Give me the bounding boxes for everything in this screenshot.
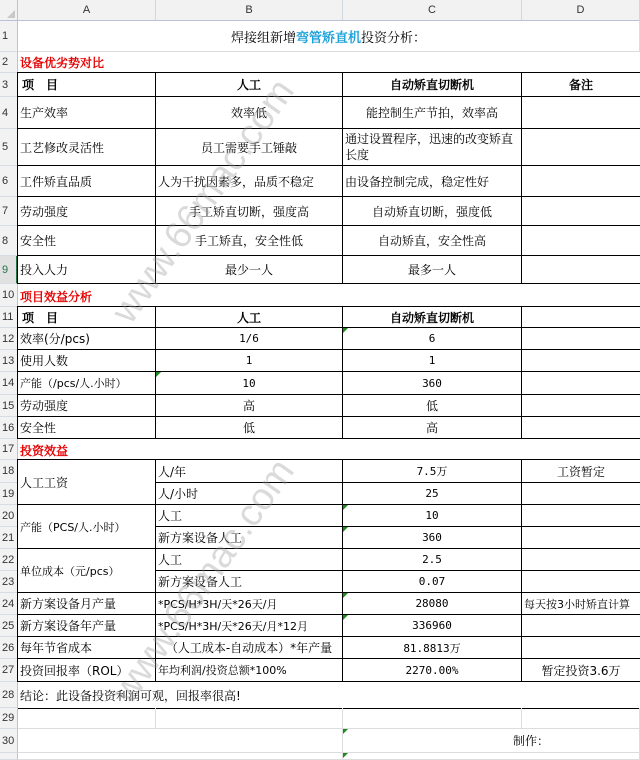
spreadsheet: A B C D 1 2 3 4 5 6 7 8 9 10 11 12 13 14… — [0, 0, 640, 760]
row-header[interactable]: 6 — [0, 166, 18, 197]
table-cell[interactable] — [521, 526, 640, 549]
row-header[interactable]: 18 — [0, 460, 18, 483]
table-cell[interactable]: 高 — [155, 394, 343, 417]
section-heading-benefit[interactable]: 项目效益分析 — [18, 285, 640, 307]
table-cell[interactable] — [521, 128, 640, 166]
table-cell[interactable]: 生产效率 — [17, 96, 156, 129]
table-cell[interactable]: 360 — [342, 526, 522, 549]
row-header[interactable]: 23 — [0, 571, 18, 593]
table-cell[interactable]: 安全性 — [17, 225, 156, 256]
table-cell[interactable]: 81.8813万 — [342, 636, 522, 659]
row-header[interactable]: 10 — [0, 284, 18, 307]
table-cell[interactable]: 暂定投资3.6万 — [521, 658, 640, 682]
table-cell[interactable]: 人工 — [155, 504, 343, 527]
table-cell[interactable]: 新方案设备人工 — [155, 570, 343, 593]
table-cell[interactable]: 低 — [155, 416, 343, 439]
row-header[interactable]: 5 — [0, 129, 18, 166]
row-header[interactable]: 20 — [0, 505, 18, 527]
table-cell[interactable]: 安全性 — [17, 416, 156, 439]
table-cell[interactable] — [521, 306, 640, 328]
table-cell[interactable] — [521, 255, 640, 284]
table-cell[interactable]: 最多一人 — [342, 255, 522, 284]
table-cell[interactable]: 年均利润/投资总额*100% — [155, 658, 343, 682]
row-header[interactable]: 13 — [0, 350, 18, 372]
table-cell[interactable] — [521, 482, 640, 505]
header-item[interactable]: 项 目 — [17, 72, 156, 97]
table-cell[interactable]: 高 — [342, 416, 522, 439]
table-cell[interactable]: 自动矫直，安全性高 — [342, 225, 522, 256]
section-heading-comparison[interactable]: 设备优劣势对比 — [18, 52, 640, 73]
row-header[interactable] — [0, 753, 18, 760]
table-cell[interactable]: 336960 — [342, 614, 522, 637]
table-cell[interactable]: 自动矫直切断，强度低 — [342, 196, 522, 226]
table-cell[interactable] — [521, 349, 640, 372]
sheet-title[interactable]: 焊接组新增弯管矫直机投资分析： — [18, 21, 640, 52]
row-header[interactable]: 8 — [0, 226, 18, 256]
row-header[interactable]: 4 — [0, 97, 18, 129]
row-header-selected[interactable]: 9 — [0, 256, 18, 284]
table-cell[interactable]: 360 — [342, 371, 522, 395]
row-header[interactable]: 2 — [0, 52, 18, 73]
table-cell[interactable]: 劳动强度 — [17, 394, 156, 417]
table-cell[interactable]: 新方案设备人工 — [155, 526, 343, 549]
table-cell[interactable]: 工件矫直品质 — [17, 165, 156, 197]
table-cell[interactable]: 人/年 — [155, 459, 343, 483]
column-header-a[interactable]: A — [18, 0, 156, 21]
empty-cell[interactable] — [343, 753, 640, 760]
table-cell[interactable] — [521, 636, 640, 659]
table-cell[interactable]: 人工 — [155, 548, 343, 571]
empty-cell[interactable] — [18, 729, 343, 753]
empty-cell[interactable] — [156, 708, 343, 729]
title-suffix: 投资分析： — [361, 27, 426, 46]
row-header[interactable]: 1 — [0, 21, 18, 52]
table-cell[interactable]: 人为干扰因素多，品质不稳定 — [155, 165, 343, 197]
table-cell[interactable]: 手工矫直切断，强度高 — [155, 196, 343, 226]
table-cell[interactable]: 7.5万 — [342, 459, 522, 483]
column-header-d[interactable]: D — [522, 0, 640, 21]
table-cell[interactable]: 新方案设备月产量 — [17, 592, 156, 615]
table-cell-merged[interactable]: 产能（PCS/人.小时） — [17, 504, 156, 549]
table-cell[interactable]: 1 — [342, 349, 522, 372]
row-header[interactable]: 16 — [0, 417, 18, 439]
table-cell-merged[interactable]: 人工工资 — [17, 459, 156, 505]
table-cell[interactable]: 使用人数 — [17, 349, 156, 372]
row-header[interactable]: 29 — [0, 708, 18, 729]
table-cell[interactable]: 手工矫直，安全性低 — [155, 225, 343, 256]
table-cell[interactable]: 新方案设备年产量 — [17, 614, 156, 637]
empty-cell[interactable] — [18, 708, 156, 729]
table-cell[interactable]: 产能（/pcs/人.小时） — [17, 371, 156, 395]
title-accent: 弯管矫直机 — [296, 27, 361, 46]
table-cell[interactable]: *PCS/H*3H/天*26天/月 — [155, 592, 343, 615]
row-header[interactable]: 7 — [0, 197, 18, 226]
row-header[interactable]: 24 — [0, 593, 18, 615]
row-header[interactable]: 22 — [0, 549, 18, 571]
table-cell[interactable]: 1 — [155, 349, 343, 372]
conclusion-text[interactable]: 结论：此设备投资利润可观，回报率很高! — [18, 682, 640, 709]
table-cell[interactable]: 1/6 — [155, 327, 343, 350]
row-header[interactable]: 19 — [0, 483, 18, 505]
section-heading-investment[interactable]: 投资效益 — [18, 440, 640, 460]
table-cell[interactable]: 通过设置程序，迅速的改变矫直长度 — [342, 128, 522, 166]
table-cell[interactable] — [521, 416, 640, 439]
table-cell[interactable]: 由设备控制完成，稳定性好 — [342, 165, 522, 197]
table-cell[interactable] — [521, 548, 640, 571]
table-cell[interactable]: 最少一人 — [155, 255, 343, 284]
table-cell[interactable]: （人工成本-自动成本）*年产量 — [155, 636, 343, 659]
row-header[interactable]: 27 — [0, 659, 18, 682]
table-cell[interactable]: 2270.00% — [342, 658, 522, 682]
row-header[interactable]: 26 — [0, 637, 18, 659]
table-cell[interactable]: 能控制生产节拍，效率高 — [342, 96, 522, 129]
header-item[interactable]: 项 目 — [17, 306, 156, 328]
column-header-c[interactable]: C — [343, 0, 522, 21]
table-cell[interactable] — [521, 394, 640, 417]
table-cell[interactable] — [521, 327, 640, 350]
empty-cell[interactable] — [343, 708, 522, 729]
empty-cell[interactable] — [18, 753, 343, 760]
table-cell[interactable]: 效率低 — [155, 96, 343, 129]
row-header[interactable]: 21 — [0, 527, 18, 549]
table-cell[interactable]: 10 — [342, 504, 522, 527]
table-cell[interactable] — [521, 614, 640, 637]
table-cell[interactable]: 劳动强度 — [17, 196, 156, 226]
header-machine[interactable]: 自动矫直切断机 — [342, 306, 522, 328]
header-machine[interactable]: 自动矫直切断机 — [342, 72, 522, 97]
table-cell[interactable] — [521, 165, 640, 197]
maker-label[interactable]: 制作： — [343, 729, 640, 753]
table-cell-merged[interactable]: 单位成本（元/pcs） — [17, 548, 156, 593]
table-cell[interactable] — [521, 371, 640, 395]
table-cell[interactable]: 10 — [155, 371, 343, 395]
table-cell[interactable]: 25 — [342, 482, 522, 505]
table-cell[interactable]: *PCS/H*3H/天*26天/月*12月 — [155, 614, 343, 637]
row-header[interactable]: 14 — [0, 372, 18, 395]
table-cell[interactable] — [521, 225, 640, 256]
column-header-b[interactable]: B — [156, 0, 343, 21]
table-cell[interactable] — [521, 570, 640, 593]
table-cell[interactable]: 28080 — [342, 592, 522, 615]
table-cell[interactable] — [521, 96, 640, 129]
table-cell[interactable]: 工艺修改灵活性 — [17, 128, 156, 166]
row-header[interactable]: 3 — [0, 73, 18, 97]
row-header[interactable]: 28 — [0, 682, 18, 708]
table-cell[interactable]: 员工需要手工锤敲 — [155, 128, 343, 166]
table-cell[interactable]: 0.07 — [342, 570, 522, 593]
row-header[interactable]: 11 — [0, 307, 18, 328]
header-manual[interactable]: 人工 — [155, 72, 343, 97]
table-cell[interactable]: 每年节省成本 — [17, 636, 156, 659]
table-cell[interactable]: 投资回报率（ROL） — [17, 658, 156, 682]
table-cell[interactable]: 6 — [342, 327, 522, 350]
table-cell[interactable]: 每天按3小时矫直计算 — [521, 592, 640, 615]
table-cell[interactable]: 效率(分/pcs) — [17, 327, 156, 350]
row-header[interactable]: 17 — [0, 439, 18, 460]
row-header[interactable]: 15 — [0, 395, 18, 417]
table-cell[interactable]: 投入人力 — [17, 255, 156, 284]
table-cell[interactable]: 工资暂定 — [521, 459, 640, 483]
row-header[interactable]: 12 — [0, 328, 18, 350]
table-cell[interactable] — [521, 504, 640, 527]
row-header[interactable]: 25 — [0, 615, 18, 637]
header-manual[interactable]: 人工 — [155, 306, 343, 328]
title-prefix: 焊接组新增 — [231, 27, 296, 46]
table-cell[interactable]: 2.5 — [342, 548, 522, 571]
table-cell[interactable]: 人/小时 — [155, 482, 343, 505]
select-all-corner[interactable] — [0, 0, 18, 21]
row-header[interactable]: 30 — [0, 729, 18, 753]
table-cell[interactable]: 低 — [342, 394, 522, 417]
table-cell[interactable] — [521, 196, 640, 226]
header-notes[interactable]: 备注 — [521, 72, 640, 97]
empty-cell[interactable] — [522, 708, 640, 729]
